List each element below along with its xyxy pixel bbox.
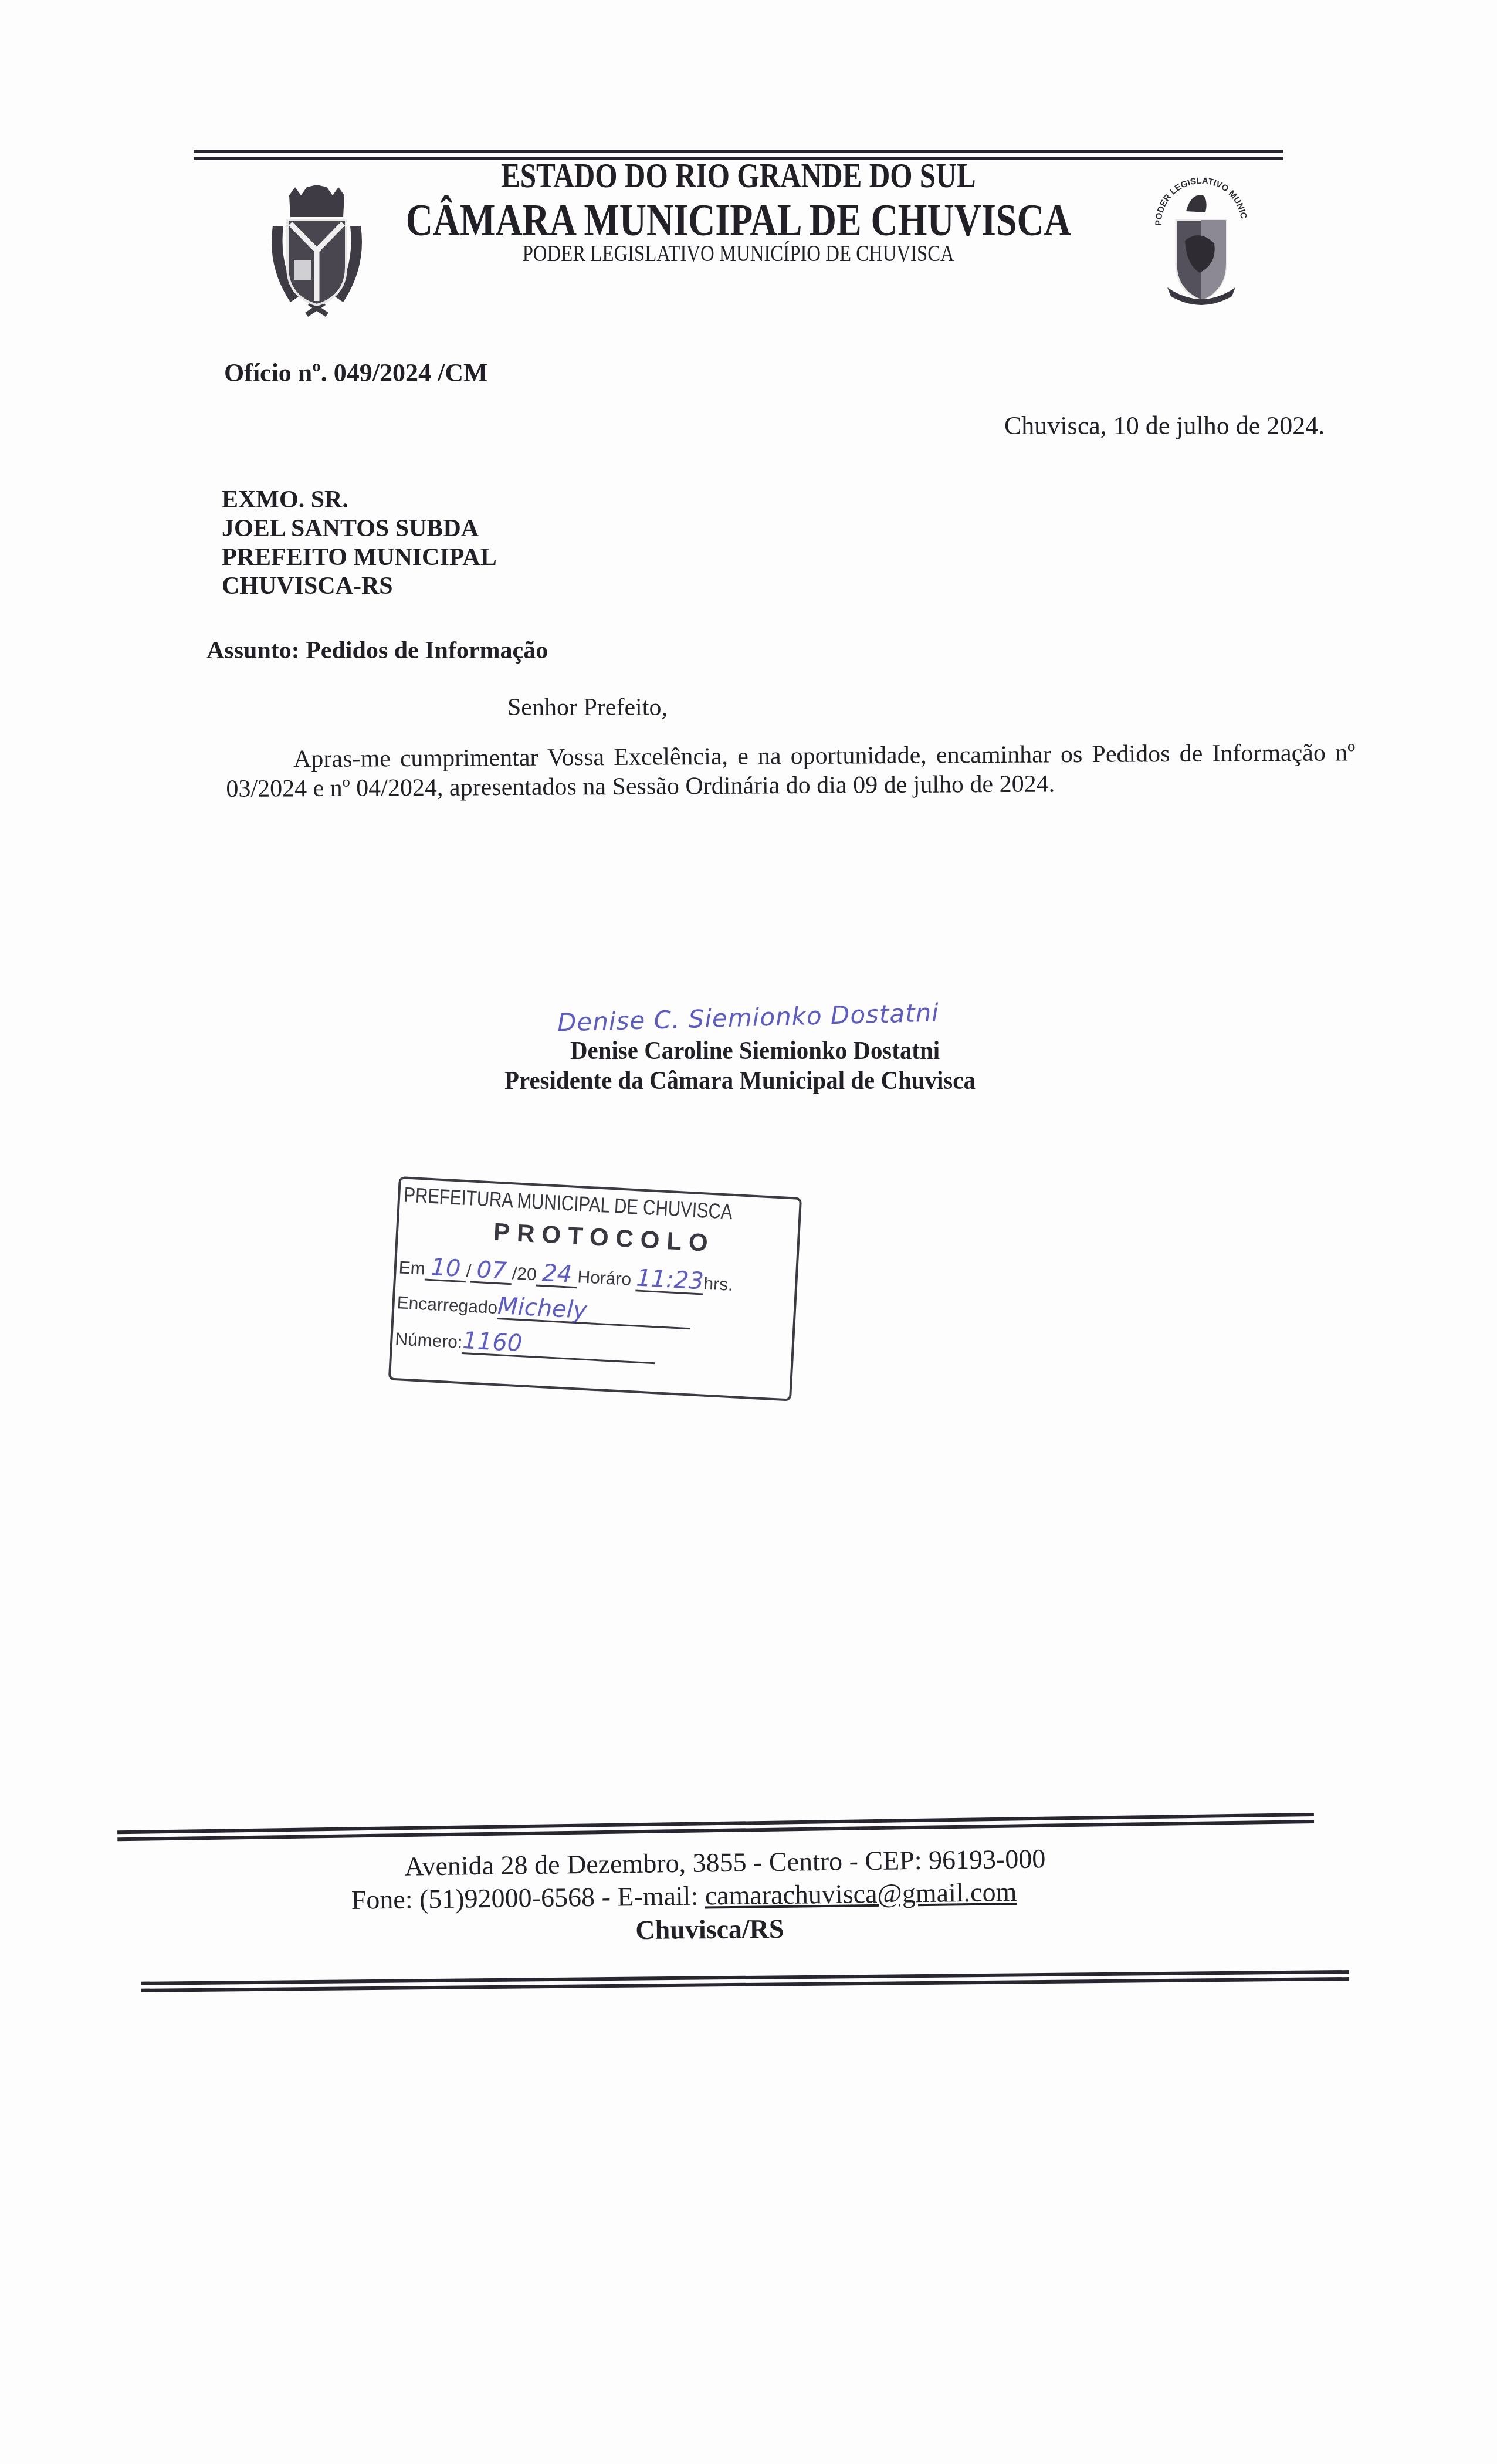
stamp-heading: PROTOCOLO (493, 1218, 716, 1258)
stamp-title: PREFEITURA MUNICIPAL DE CHUVISCA (403, 1183, 733, 1224)
place-date: Chuvisca, 10 de julho de 2024. (1004, 411, 1325, 441)
stamp-date-label: Em (398, 1258, 426, 1278)
state-title: ESTADO DO RIO GRANDE DO SUL (501, 155, 976, 196)
stamp-handler-row: EncarregadoMichely (397, 1289, 692, 1329)
stamp-time: 11:23 (635, 1266, 704, 1295)
subtitle-text: PODER LEGISLATIVO MUNICÍPIO DE CHUVISCA (523, 239, 954, 267)
stamp-day: 10 (425, 1255, 467, 1283)
stamp-year: 24 (536, 1261, 578, 1289)
signer-role: Presidente da Câmara Municipal de Chuvis… (504, 1065, 976, 1095)
recipient-line: JOEL SANTOS SUBDA (222, 515, 497, 543)
recipient-line: CHUVISCA-RS (222, 572, 497, 601)
stamp-time-label: Horáro (577, 1267, 632, 1289)
subject-line: Assunto: Pedidos de Informação (206, 637, 548, 665)
stamp-number: 1160 (462, 1329, 656, 1364)
stamp-date-row: Em10/07/2024Horáro 11:23hrs. (398, 1254, 734, 1297)
legislative-emblem-icon: PODER LEGISLATIVO MUNICIPAL (1150, 170, 1249, 311)
footer-double-rule-top (117, 1813, 1314, 1842)
stamp-number-row: Número:1160 (394, 1325, 656, 1364)
salutation: Senhor Prefeito, (507, 693, 668, 722)
footer-email-link[interactable]: camarachuvisca@gmail.com (705, 1877, 1017, 1910)
signer-name: Denise Caroline Siemionko Dostatni (570, 1035, 940, 1065)
stamp-handler-label: Encarregado (397, 1293, 498, 1318)
stamp-month: 07 (470, 1258, 513, 1285)
handwritten-signature: Denise C. Siemionko Dostatni (557, 998, 939, 1037)
stamp-time-suffix: hrs. (703, 1274, 734, 1295)
recipient-block: EXMO. SR. JOEL SANTOS SUBDA PREFEITO MUN… (222, 486, 497, 601)
recipient-line: PREFEITO MUNICIPAL (222, 543, 497, 572)
body-paragraph: Apras-me cumprimentar Vossa Excelência, … (226, 738, 1356, 804)
footer-double-rule-bottom (141, 1970, 1349, 1993)
protocol-stamp: PREFEITURA MUNICIPAL DE CHUVISCA PROTOCO… (388, 1176, 802, 1402)
stamp-number-label: Número: (395, 1329, 463, 1352)
letter-reference: Ofício nº. 049/2024 /CM (224, 358, 488, 388)
recipient-line: EXMO. SR. (222, 486, 497, 515)
stamp-year-prefix: /20 (512, 1264, 537, 1284)
footer-phone: Fone: (51)92000-6568 - E-mail: (351, 1881, 705, 1915)
stamp-handler: Michely (497, 1294, 692, 1329)
chamber-title: CÂMARA MUNICIPAL DE CHUVISCA (406, 194, 1071, 246)
